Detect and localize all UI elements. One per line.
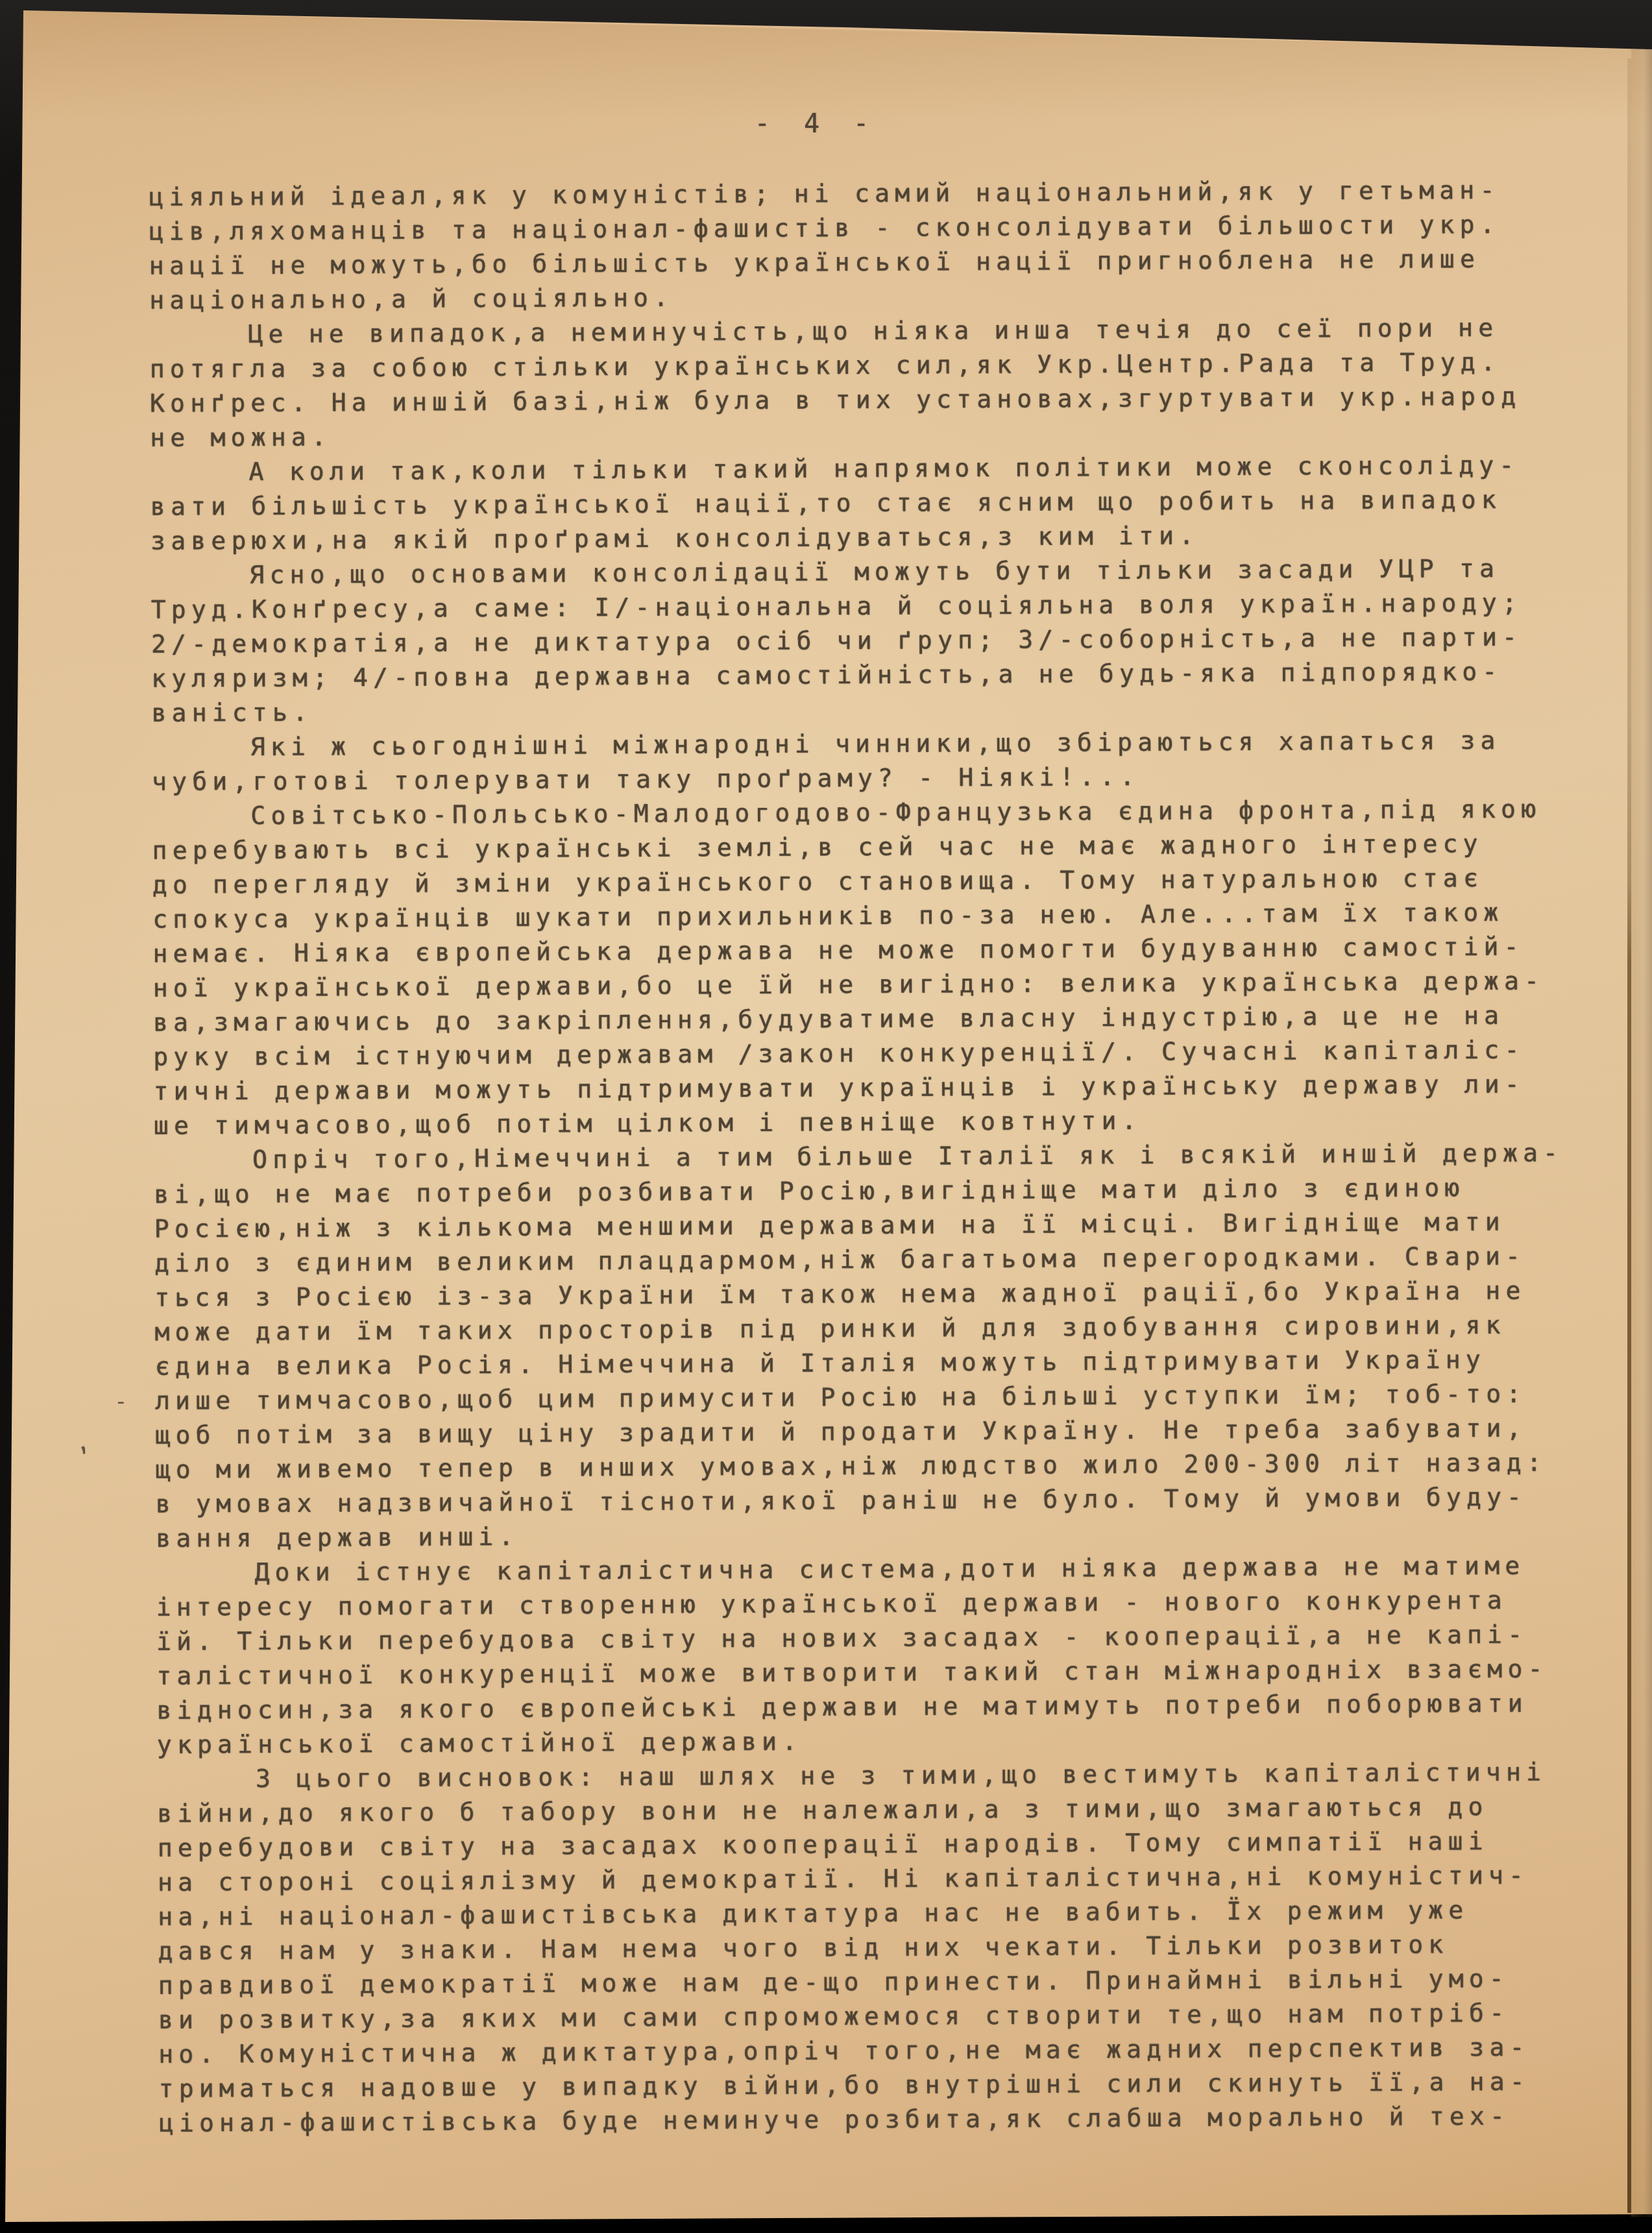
text-line: ціонал-фашистівська буде неминуче розбит…: [159, 2099, 1548, 2140]
text-line: Які ж сьогоднішні міжнародні чинники,що …: [152, 723, 1540, 764]
text-line: тичні держави можуть підтримувати україн…: [153, 1067, 1542, 1108]
text-line: Конґрес. На иншій базі,ніж була в тих ус…: [150, 379, 1538, 421]
text-line: куляризм; 4/-повна державна самостійніст…: [151, 654, 1540, 696]
document-text: ціяльний ідеал,як у комуністів; ні самий…: [149, 173, 1548, 2140]
text-line: в умовах надзвичайної тісноти,якої раніш…: [156, 1480, 1544, 1521]
page-edge-shadow: [1631, 49, 1652, 2217]
text-line: нації не можуть,бо більшість української…: [149, 241, 1538, 283]
fold-crease-line: [1627, 58, 1631, 2213]
margin-mark-dash: -: [114, 1389, 127, 1415]
text-line: вати більшість української нації,то стає…: [151, 482, 1539, 524]
text-line: відносин,за якого європейські держави не…: [156, 1686, 1545, 1727]
page-number: - 4 -: [680, 109, 953, 139]
